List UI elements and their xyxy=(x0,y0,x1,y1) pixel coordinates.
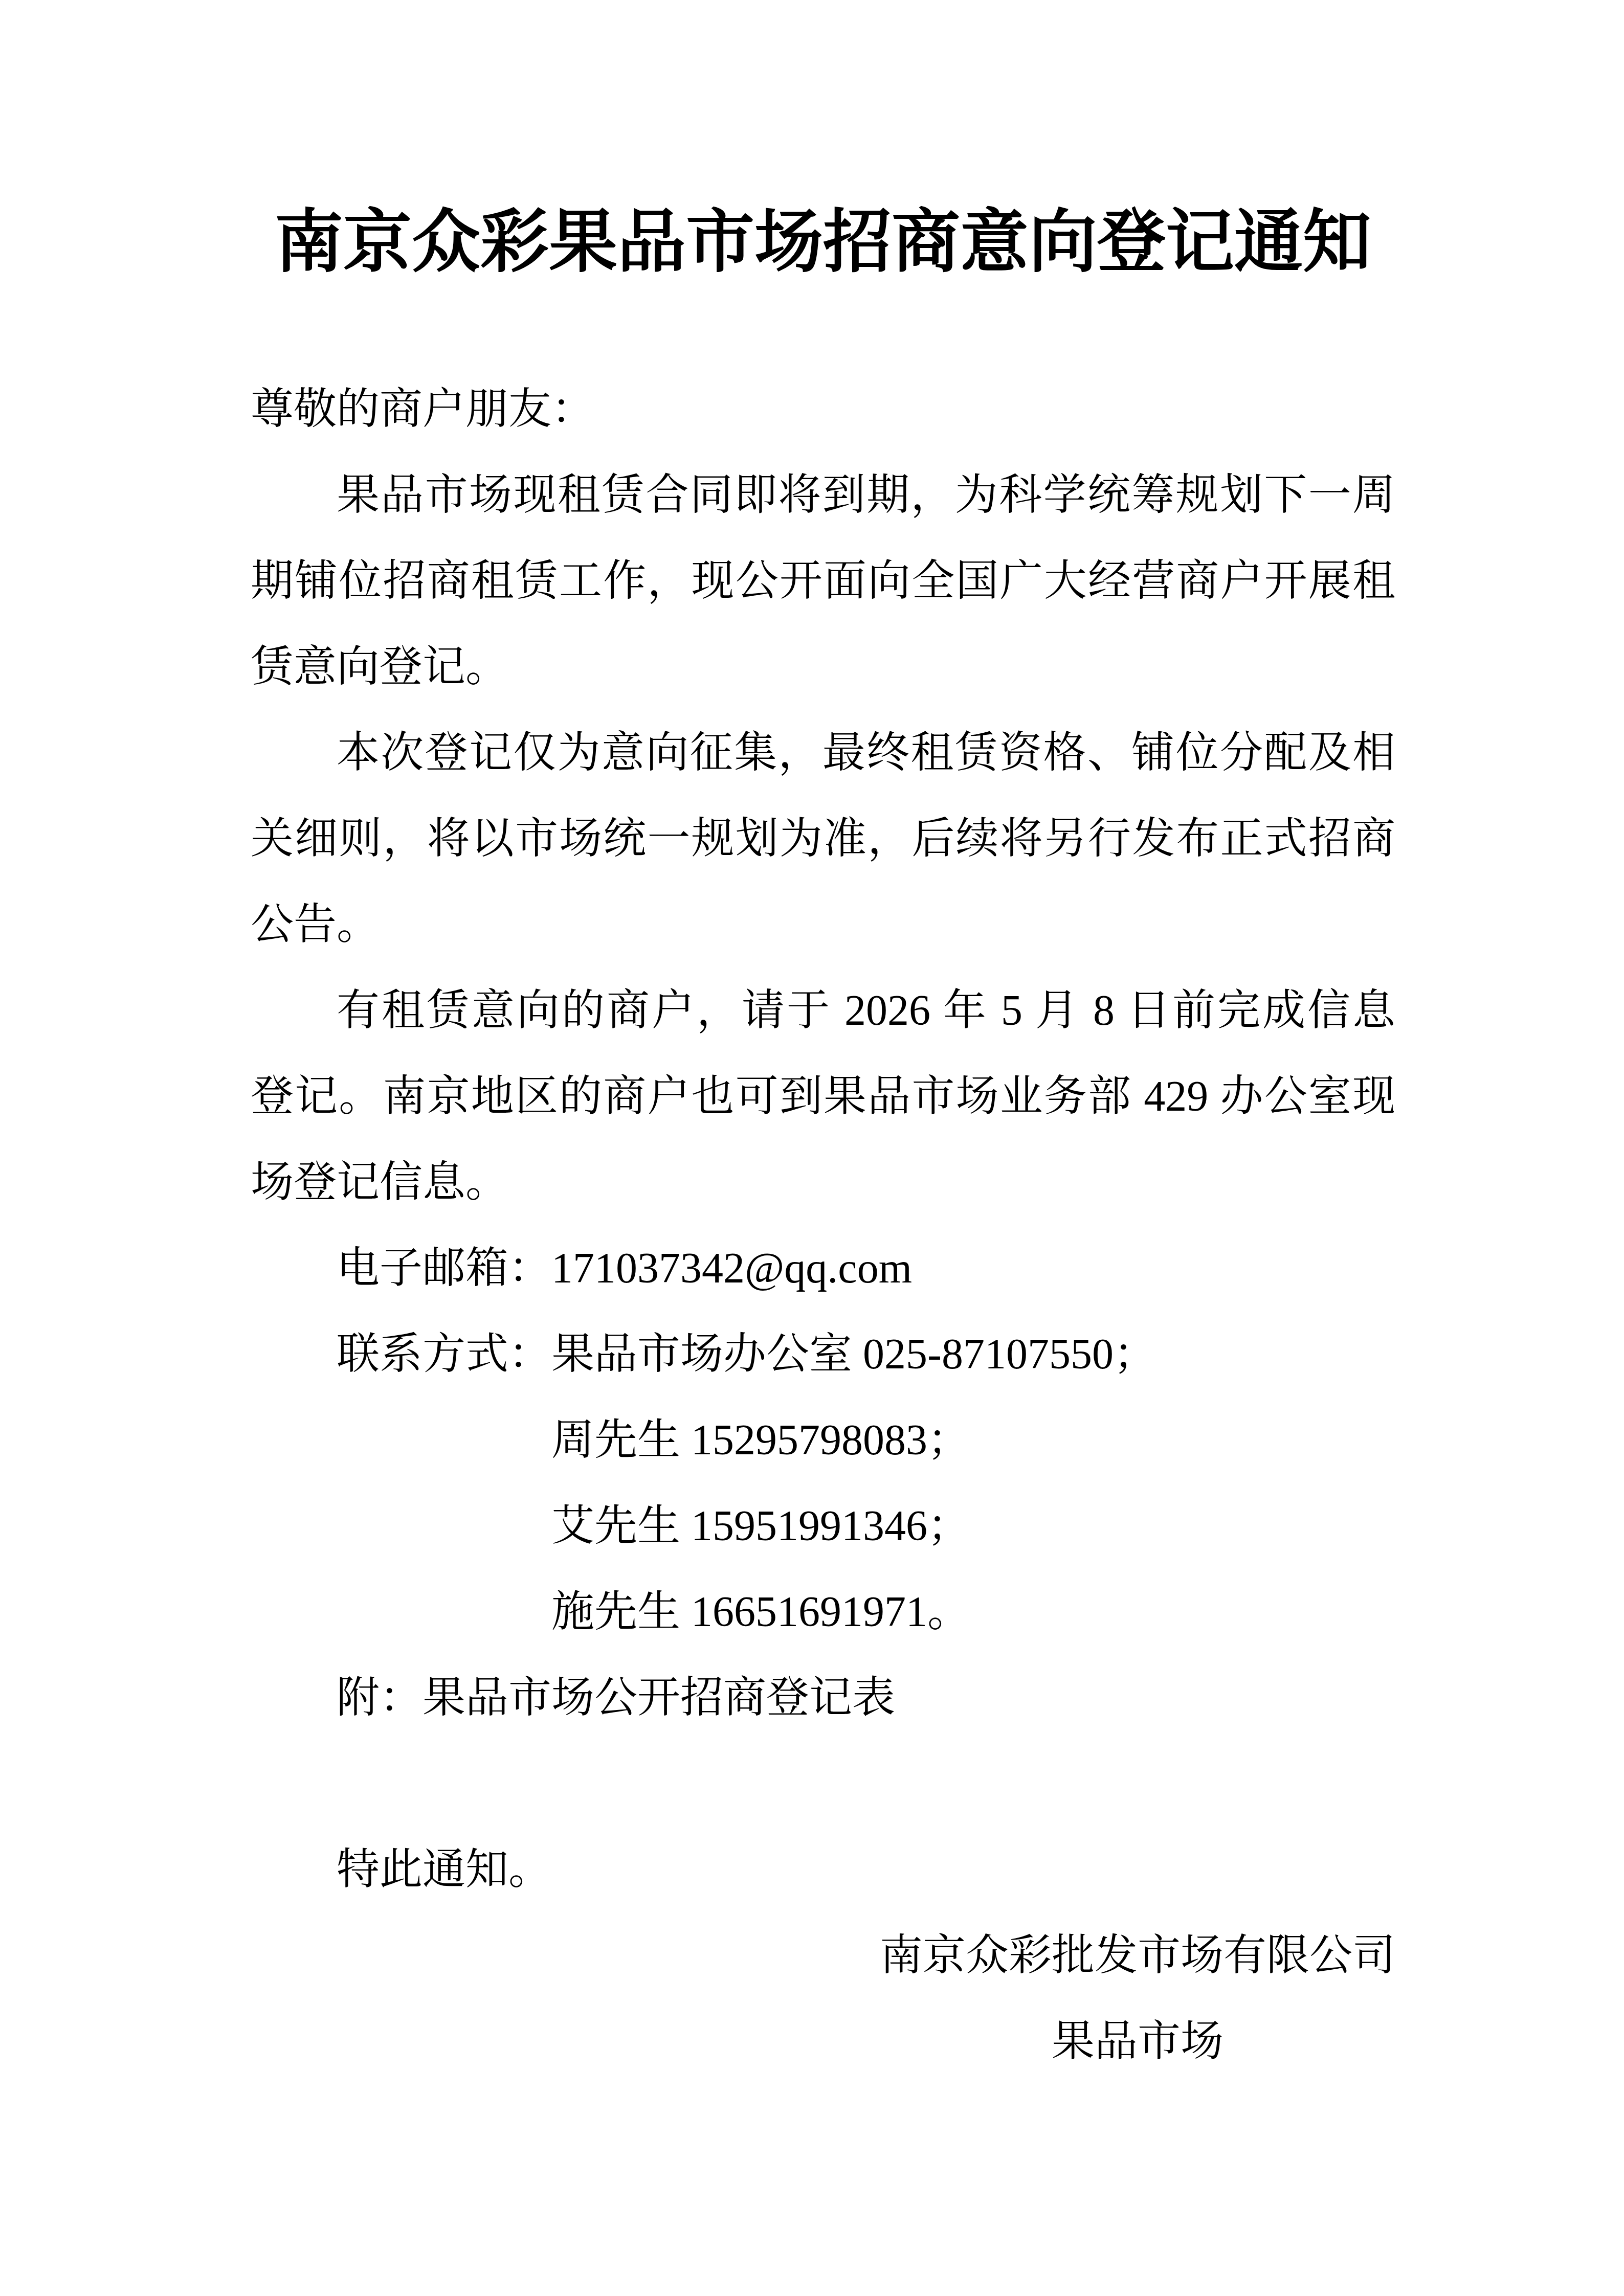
document-title: 南京众彩果品市场招商意向登记通知 xyxy=(251,0,1395,295)
contact-office-line: 联系方式：果品市场办公室 025-87107550； xyxy=(251,1312,1395,1398)
paragraph-3-line-3: 场登记信息。 xyxy=(251,1140,1395,1226)
document-body: 尊敬的商户朋友： 果品市场现租赁合同即将到期，为科学统筹规划下一周 期铺位招商租… xyxy=(251,367,1395,2085)
signature-company: 南京众彩批发市场有限公司 xyxy=(251,1913,1395,1999)
document-page: 南京众彩果品市场招商意向登记通知 尊敬的商户朋友： 果品市场现租赁合同即将到期，… xyxy=(0,0,1624,2296)
paragraph-3-line-1: 有租赁意向的商户，请于 2026 年 5 月 8 日前完成信息 xyxy=(251,968,1395,1054)
paragraph-3-line-2: 登记。南京地区的商户也可到果品市场业务部 429 办公室现 xyxy=(251,1054,1395,1140)
paragraph-2-line-2: 关细则，将以市场统一规划为准，后续将另行发布正式招商 xyxy=(251,796,1395,882)
paragraph-1-line-2: 期铺位招商租赁工作，现公开面向全国广大经营商户开展租 xyxy=(251,538,1395,624)
contact-phone-zhou: 周先生 15295798083； xyxy=(251,1398,1395,1483)
attachment-note: 附：果品市场公开招商登记表 xyxy=(251,1655,1395,1741)
salutation: 尊敬的商户朋友： xyxy=(251,367,1395,453)
paragraph-2-line-1: 本次登记仅为意向征集，最终租赁资格、铺位分配及相 xyxy=(251,710,1395,796)
paragraph-1-line-1: 果品市场现租赁合同即将到期，为科学统筹规划下一周 xyxy=(251,453,1395,538)
closing-line: 特此通知。 xyxy=(251,1827,1395,1913)
contact-phone-ai: 艾先生 15951991346； xyxy=(251,1483,1395,1569)
contact-phone-shi: 施先生 16651691971。 xyxy=(251,1569,1395,1655)
paragraph-2-line-3: 公告。 xyxy=(251,882,1395,968)
paragraph-1-line-3: 赁意向登记。 xyxy=(251,624,1395,710)
contact-email-line: 电子邮箱：171037342@qq.com xyxy=(251,1226,1395,1312)
signature-department: 果品市场 xyxy=(251,1999,1395,2085)
blank-line xyxy=(251,1741,1395,1827)
